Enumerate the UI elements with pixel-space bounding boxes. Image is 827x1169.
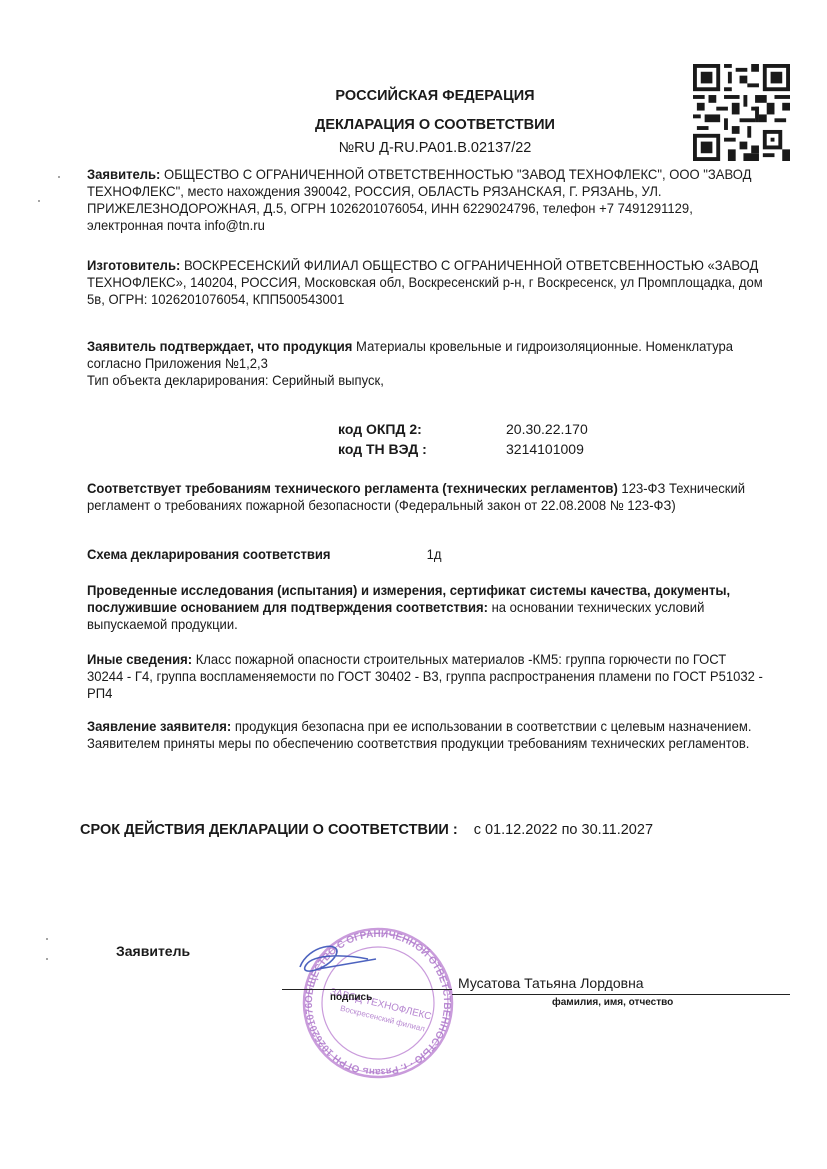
scan-speck	[46, 958, 48, 960]
signature-caption: подпись	[330, 992, 372, 1003]
scan-speck	[58, 176, 60, 178]
applicant-text: ОБЩЕСТВО С ОГРАНИЧЕННОЙ ОТВЕТСТВЕННОСТЬЮ…	[87, 167, 752, 233]
qr-code-icon	[693, 64, 790, 161]
scan-speck	[46, 938, 48, 940]
signer-role: Заявитель	[116, 943, 190, 959]
applicant-label: Заявитель:	[87, 167, 160, 182]
statement-label: Заявление заявителя:	[87, 719, 231, 734]
other-info-section: Иные сведения: Класс пожарной опасности …	[87, 651, 764, 702]
code-tnved-label: код ТН ВЭД :	[338, 439, 506, 459]
object-type: Тип объекта декларирования: Серийный вып…	[87, 372, 764, 389]
scan-speck	[38, 200, 40, 202]
validity-value: с 01.12.2022 по 30.11.2027	[474, 822, 653, 838]
manufacturer-label: Изготовитель:	[87, 258, 180, 273]
signature-line	[282, 989, 452, 990]
code-tnved-row: код ТН ВЭД :3214101009	[338, 439, 588, 459]
name-line	[452, 994, 790, 995]
manufacturer-text: ВОСКРЕСЕНСКИЙ ФИЛИАЛ ОБЩЕСТВО С ОГРАНИЧЕ…	[87, 258, 763, 307]
code-tnved-value: 3214101009	[506, 441, 584, 457]
product-section: Заявитель подтверждает, что продукция Ма…	[87, 338, 764, 372]
company-stamp-icon: ОБЩЕСТВО С ОГРАНИЧЕННОЙ ОТВЕТСТВЕННОСТЬЮ…	[288, 925, 468, 1080]
codes-block: код ОКПД 2:20.30.22.170 код ТН ВЭД :3214…	[338, 419, 588, 459]
scheme-value: 1д	[427, 547, 442, 562]
scheme-section: Схема декларирования соответствия 1д	[87, 546, 764, 563]
regulation-section: Соответствует требованиям технического р…	[87, 480, 764, 514]
signer-name: Мусатова Татьяна Лордовна	[458, 975, 644, 991]
tests-section: Проведенные исследования (испытания) и и…	[87, 582, 764, 633]
statement-section: Заявление заявителя: продукция безопасна…	[87, 718, 764, 752]
code-okpd-value: 20.30.22.170	[506, 421, 588, 437]
name-caption: фамилия, имя, отчество	[552, 997, 673, 1008]
code-okpd-label: код ОКПД 2:	[338, 419, 506, 439]
applicant-section: Заявитель: ОБЩЕСТВО С ОГРАНИЧЕННОЙ ОТВЕТ…	[87, 166, 764, 234]
validity-label: СРОК ДЕЙСТВИЯ ДЕКЛАРАЦИИ О СООТВЕТСТВИИ …	[80, 822, 458, 838]
scheme-label: Схема декларирования соответствия	[87, 546, 423, 563]
validity-row: СРОК ДЕЙСТВИЯ ДЕКЛАРАЦИИ О СООТВЕТСТВИИ …	[80, 822, 653, 838]
manufacturer-section: Изготовитель: ВОСКРЕСЕНСКИЙ ФИЛИАЛ ОБЩЕС…	[87, 257, 764, 308]
other-info-label: Иные сведения:	[87, 652, 192, 667]
code-okpd-row: код ОКПД 2:20.30.22.170	[338, 419, 588, 439]
regulation-label: Соответствует требованиям технического р…	[87, 481, 618, 496]
product-label: Заявитель подтверждает, что продукция	[87, 339, 352, 354]
